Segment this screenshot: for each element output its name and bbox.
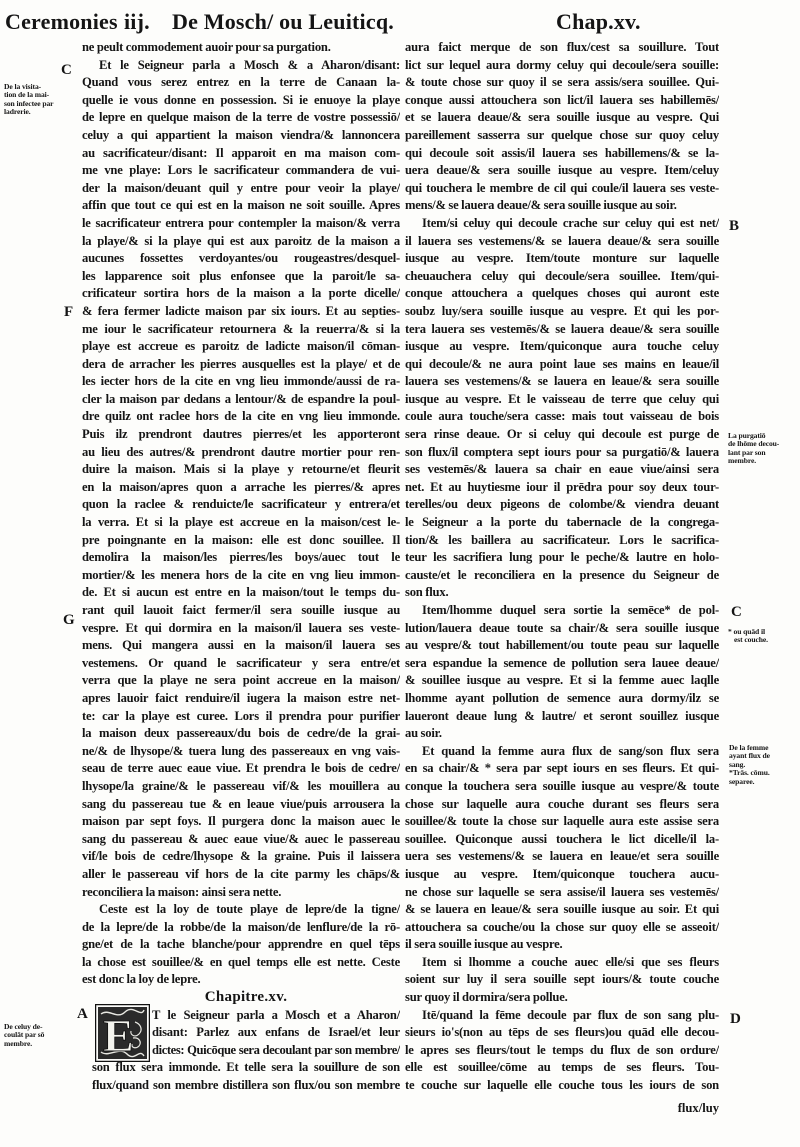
text-line: cheuauchera celuy qui decoule/sera souil… — [405, 268, 719, 286]
text-line: Item si lhomme a couche auec elle/si que… — [405, 954, 719, 972]
text-line: tion/& les baillera au sacrificateur. Lo… — [405, 532, 719, 550]
text-line: de. Et si aucun est entre en la maison/t… — [82, 584, 400, 602]
catchword: flux/luy — [600, 1100, 719, 1117]
text-line: Puis ilz prendront dautres pierres/et le… — [82, 426, 400, 444]
text-line: conque la touchera sera souille iusque a… — [405, 778, 719, 796]
text-line: pre poingnante en la maison: elle est do… — [82, 532, 400, 550]
text-line: attouchera sa couche/ou la chose sur quo… — [405, 919, 719, 937]
text-line: lhomme ayant pollution de semence aura d… — [405, 690, 719, 708]
text-line: affin que tout ce qui est en la maison n… — [82, 197, 400, 215]
note-line: membre. — [4, 1040, 44, 1048]
text-line: son flux/il comptera sept iours pour sa … — [405, 444, 719, 462]
text-line: pareillement sasserra sur quelque chose … — [405, 127, 719, 145]
text-line: le Seigneur a la porte du tabernacle de … — [405, 514, 719, 532]
text-line: uera ses vestemens/& se lauera en leaue/… — [405, 848, 719, 866]
text-line: sieurs io's(non au tēps de ses fleurs)ou… — [405, 1024, 719, 1042]
text-line: laueront deaue lung & lautre/ et seront … — [405, 708, 719, 726]
note-line: ladrerie. — [4, 108, 53, 116]
text-line: sera espandue la semence de pollution se… — [405, 655, 719, 673]
text-line: ne chose sur laquelle se sera assise/il … — [405, 884, 719, 902]
text-line: te: car la playe est curee. Lors il pren… — [82, 708, 400, 726]
note-line: separee. — [729, 778, 770, 786]
text-line: lhysope/la graine/& le passereau vif/& l… — [82, 778, 400, 796]
margin-marker-c: C — [61, 62, 72, 78]
text-line: uera deaue/& sera souille iusque au vesp… — [405, 162, 719, 180]
book-number: iij. — [124, 9, 150, 35]
text-line: aura faict merque de son flux/cest sa so… — [405, 39, 719, 57]
text-line: dera de arracher les pierres ausquelles … — [82, 356, 400, 374]
text-line: mens/& se lauera deaue/& sera souille iu… — [405, 197, 719, 215]
text-line: vif/le bois de cedre/lhysope & la graine… — [82, 848, 400, 866]
text-line: la maison deux passereaux/du bois de ced… — [82, 725, 400, 743]
text-line: qui touchera le membre de cil qui coule/… — [405, 180, 719, 198]
text-line: te couche sur laquelle elle couche tous … — [405, 1077, 719, 1095]
decorated-initial-e: E — [95, 1004, 150, 1062]
text-line: en sa chair/& * sera par sept iours en s… — [405, 760, 719, 778]
margin-note-couche: * ou quād il est couche. — [728, 628, 768, 645]
note-line: membre. — [728, 457, 779, 465]
text-line: vestemens. Or quand le sacrificateur y s… — [82, 655, 400, 673]
text-line: souillee/& toute la chose sur laquelle a… — [405, 813, 719, 831]
text-line: celuy a qui appartient la maison viendra… — [82, 127, 400, 145]
svg-text:E: E — [103, 1010, 134, 1061]
text-line: flux/quand son membre distillera son flu… — [82, 1077, 400, 1095]
text-line: teur les sacrifiera lung pour le peche/&… — [405, 549, 719, 567]
text-line: conque aussi attouchera son lict/il laue… — [405, 92, 719, 110]
text-line: terelles/ou deux pigeons de colombe/& vi… — [405, 496, 719, 514]
text-line: les iecter hors de la cite en vng lieu i… — [82, 373, 400, 391]
text-line: quon la raclee & renduicte/le sacrificat… — [82, 496, 400, 514]
text-line: & fera fermer ladicte maison par six iou… — [82, 303, 400, 321]
text-line: sur quoy il dormira/sera pollue. — [405, 989, 719, 1007]
margin-marker-d: D — [730, 1011, 741, 1027]
text-line: Quand vous serez entrez en la terre de C… — [82, 74, 400, 92]
text-line: Itē/quand la fēme decoule par flux de so… — [405, 1007, 719, 1025]
text-line: demolira la maison/les pierres/les boys/… — [82, 549, 400, 567]
text-line: tera lauera ses vestemēs/& se lauera dea… — [405, 321, 719, 339]
text-line: crificateur sortira hors de la maison a … — [82, 285, 400, 303]
text-line: vespre. Et qui dormira en la maison/il l… — [82, 620, 400, 638]
text-line: iusque au vespre. Item/quiconque toucher… — [405, 866, 719, 884]
text-line: iusque au vespre. Et le vaisseau de terr… — [405, 391, 719, 409]
text-line: verra que la playe ne sera point accreue… — [82, 672, 400, 690]
text-line: aucunes fossettes verdoyantes/ou rougeas… — [82, 250, 400, 268]
running-title: De Mosch/ ou Leuiticq. — [172, 9, 394, 35]
text-line: der la maison/deuant quil y entre pour v… — [82, 180, 400, 198]
text-line: sang du passereau & auec eaue viue/& aue… — [82, 831, 400, 849]
book-title: Ceremonies — [5, 9, 118, 35]
margin-note-visitation: De la visita- tion de la mai- son infect… — [4, 83, 53, 117]
text-line: lauera ses vestemens/& se lauera en leau… — [405, 373, 719, 391]
text-line: mens. Qui mangera aussi en la maison/il … — [82, 637, 400, 655]
margin-note-purgation: La purgatiō de lhōme decou- lant par son… — [728, 432, 779, 466]
text-line: aller le passereau vif hors de la cite p… — [82, 866, 400, 884]
text-line: en la maison/apres quon a arrache les pi… — [82, 479, 400, 497]
text-line: son flux. — [405, 584, 719, 602]
text-line: chose sur laquelle aura couche durant se… — [405, 796, 719, 814]
text-line: de la lepre/de la robbe/de la maison/de … — [82, 919, 400, 937]
text-line: conque attouchera a quelques choses qui … — [405, 285, 719, 303]
margin-note-decoulant: De celuy de- coulāt par sō membre. — [4, 1023, 44, 1048]
text-line: ses vestemēs/& lauera sa chair en eaue v… — [405, 461, 719, 479]
text-line: coule aura touche/sera casse: mais tout … — [405, 408, 719, 426]
text-line: son flux sera immonde. Et telle sera la … — [82, 1059, 400, 1077]
text-line: Item/si celuy qui decoule crache sur cel… — [405, 215, 719, 233]
margin-marker-f: F — [64, 304, 73, 320]
margin-marker-c-right: C — [731, 604, 742, 620]
text-line: sera rinse deaue. Or si celuy qui decoul… — [405, 426, 719, 444]
margin-note-femme: De la femme ayant flux de sang. *Trās. c… — [729, 744, 770, 786]
text-line: Item/lhomme duquel sera sortie la semēce… — [405, 602, 719, 620]
text-line: playe est accreue es paroitz de ladicte … — [82, 338, 400, 356]
text-line: reconciliera la maison: ainsi sera nette… — [82, 884, 400, 902]
text-line: est donc la loy de lepre. — [82, 971, 400, 989]
text-line: au vespre/& tout habillement/ou toute pe… — [405, 637, 719, 655]
text-line: net. Et au huytiesme iour il prēdra pour… — [405, 479, 719, 497]
text-line: il sera souille iusque au vespre. — [405, 936, 719, 954]
text-line: Ceste est la loy de toute playe de lepre… — [82, 901, 400, 919]
text-line: le apres ses fleurs/tout le temps du flu… — [405, 1042, 719, 1060]
text-line: soient sur luy il sera souille sept iour… — [405, 971, 719, 989]
note-line: est couche. — [728, 636, 768, 644]
text-line: souillee. Quiconque aussi touchera le li… — [405, 831, 719, 849]
text-line: il lauera ses vestemens/& se lauera deau… — [405, 233, 719, 251]
text-line: seau de terre auec eaue viue. Et prendra… — [82, 760, 400, 778]
text-line: elle est souillee/cōme au temps de ses f… — [405, 1059, 719, 1077]
text-line: les lapparence soit plus enfonsee que la… — [82, 268, 400, 286]
text-line: le sacrificateur entrera pour contempler… — [82, 215, 400, 233]
text-line: soubz luy/sera souille iusque au vespre.… — [405, 303, 719, 321]
text-line: causte/et le reconciliera en la presence… — [405, 567, 719, 585]
text-line: & souillee iusque au vespre. Et si la fe… — [405, 672, 719, 690]
text-line: la chose est souillee/& en quel temps el… — [82, 954, 400, 972]
text-line: ne/& de lhysope/& tuera lung des passere… — [82, 743, 400, 761]
text-line: iusque au vespre. Item/quiconque aura to… — [405, 338, 719, 356]
ornament-icon: E — [95, 1004, 150, 1062]
text-line: Et quand la femme aura flux de sang/son … — [405, 743, 719, 761]
margin-marker-g: G — [63, 612, 75, 628]
text-line: & se lauera en leaue/& sera souille iusq… — [405, 901, 719, 919]
text-line: & toute chose sur quoy il se sera assis/… — [405, 74, 719, 92]
text-line: duire la maison. Mais si la playe y reto… — [82, 461, 400, 479]
text-line: gne/et de la tache blanche/pour apprendr… — [82, 936, 400, 954]
text-line: iusque au vespre. Item/toute monture sur… — [405, 250, 719, 268]
right-column: aura faict merque de son flux/cest sa so… — [405, 39, 719, 1095]
text-line: la verra. Et si la playe est accreue en … — [82, 514, 400, 532]
chapter-number: Chap.xv. — [556, 9, 641, 35]
text-line: au lieu des autres/& prendront dautre mo… — [82, 444, 400, 462]
text-line: mortier/& les menera hors de la cite en … — [82, 567, 400, 585]
text-line: lution/lauera deaue toute sa chair/& ser… — [405, 620, 719, 638]
text-line: cler la maison par dedans a lentour/& de… — [82, 391, 400, 409]
margin-marker-b: B — [729, 218, 739, 234]
text-line: qui decoule/& ne aura point laue ses mai… — [405, 356, 719, 374]
text-line: qui decoule soit assis/il lauera ses hab… — [405, 145, 719, 163]
text-line: sang du passereau tue & en leaue viue/pu… — [82, 796, 400, 814]
text-line: lict sur lequel aura dormy celuy qui dec… — [405, 57, 719, 75]
text-line: me iour le sacrificateur retournera & la… — [82, 321, 400, 339]
text-line: rant quil lauoit faict fermer/il sera so… — [82, 602, 400, 620]
text-line: au sacrificateur/disant: Il apparoit en … — [82, 145, 400, 163]
text-line: de lepre en quelque maison de la terre d… — [82, 109, 400, 127]
text-line: Et le Seigneur parla a Mosch & a Aharon/… — [82, 57, 400, 75]
text-line: ne peult commodement auoir pour sa purga… — [82, 39, 400, 57]
text-line: au soir. — [405, 725, 719, 743]
text-line: et se lauera deaue/& sera souille iusque… — [405, 109, 719, 127]
text-line: dre quilz ont raclee hors de la cite en … — [82, 408, 400, 426]
text-line: quelle ie vous donne en possession. Si i… — [82, 92, 400, 110]
bible-page: Ceremonies iij. De Mosch/ ou Leuiticq. C… — [0, 0, 800, 1147]
left-column: ne peult commodement auoir pour sa purga… — [82, 39, 400, 1095]
text-line: apres lauoir faict renduire/il iugera la… — [82, 690, 400, 708]
text-line: me vne playe: Lors le sacrificateur comm… — [82, 162, 400, 180]
text-line: la playe/& si la playe qui est aux paroi… — [82, 233, 400, 251]
text-line: maison par sept foys. Il purgera donc la… — [82, 813, 400, 831]
